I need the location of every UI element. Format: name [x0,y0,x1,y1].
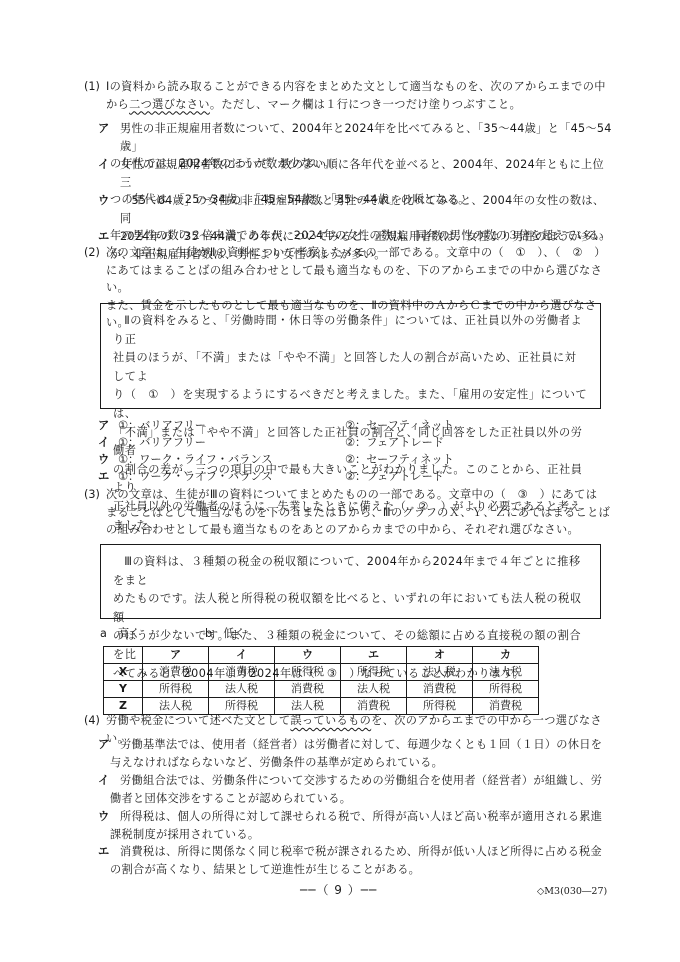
emphasis-text: 誤っているもの [290,714,371,727]
question-number: (4) [84,712,100,730]
exam-page: (1) Ⅰの資料から読み取ることができる内容をまとめた文として適当なものを、次の… [0,0,680,962]
exam-code: ◇M3(030―27) [537,883,607,901]
q2-option-a: ア ①：バリアフリー ②：セーフティネット [98,417,598,435]
question-1-prompt: (1) Ⅰの資料から読み取ることができる内容をまとめた文として適当なものを、次の… [84,78,614,113]
question-number: (1) [84,78,100,96]
question-number: (3) [84,486,100,504]
choice-label: エ [98,843,109,861]
table-row: X 消費税 消費税 所得税 所得税 法人税 法人税 [104,664,539,681]
choice-label: エ [98,228,109,246]
q2-option-u: ウ ①：ワーク・ライフ・バランス ②：セーフティネット [98,451,598,469]
q4-choice-u: ウ 所得税は、個人の所得に対して課せられる税で、所得が高い人ほど高い税率が適用さ… [98,808,614,843]
q4-choice-e: エ 消費税は、所得に関係なく同じ税率で税が課されるため、所得が低い人ほど所得に占… [98,843,614,878]
q2-option-i: イ ①：バリアフリー ②：フェアトレード [98,434,598,452]
table-header-row: ア イ ウ エ オ カ [104,647,539,664]
choice-label: イ [98,156,109,174]
option-b-low: b 低く [205,625,246,643]
student-memo-box-3: Ⅲの資料は、３種類の税金の税収額について、2004年から2024年まで４年ごとに… [100,544,601,619]
emphasis-text: 二つ選びなさい [129,98,210,111]
question-3-prompt: (3) 次の文章は、生徒がⅢの資料についてまとめたものの一部である。文章中の（ … [84,486,614,539]
choice-label: ア [98,120,109,138]
student-memo-box-2: Ⅱの資料をみると、「労働時間・休日等の労働条件」については、正社員以外の労働者よ… [100,303,601,409]
q4-choice-i: イ 労働組合法では、労働条件について交渉するための労働組合を使用者（経営者）が組… [98,772,614,807]
question-number: (2) [84,244,100,262]
choice-label: イ [98,772,109,790]
choice-label: ウ [98,808,109,826]
option-a-high: a 高く [100,625,140,643]
choice-label: ウ [98,192,109,210]
q4-choice-a: ア 労働基準法では、使用者（経営者）は労働者に対して、毎週少なくとも１回（１日）… [98,736,614,771]
table-row: Y 所得税 法人税 消費税 法人税 消費税 所得税 [104,681,539,698]
choice-label: ア [98,736,109,754]
tax-combination-table: ア イ ウ エ オ カ X 消費税 消費税 所得税 所得税 法人税 法人税 Y … [103,646,539,715]
q2-option-e: エ ①：ワーク・ライフ・バランス ②：フェアトレード [98,468,598,486]
page-number: ──（ 9 ）── [300,882,377,900]
